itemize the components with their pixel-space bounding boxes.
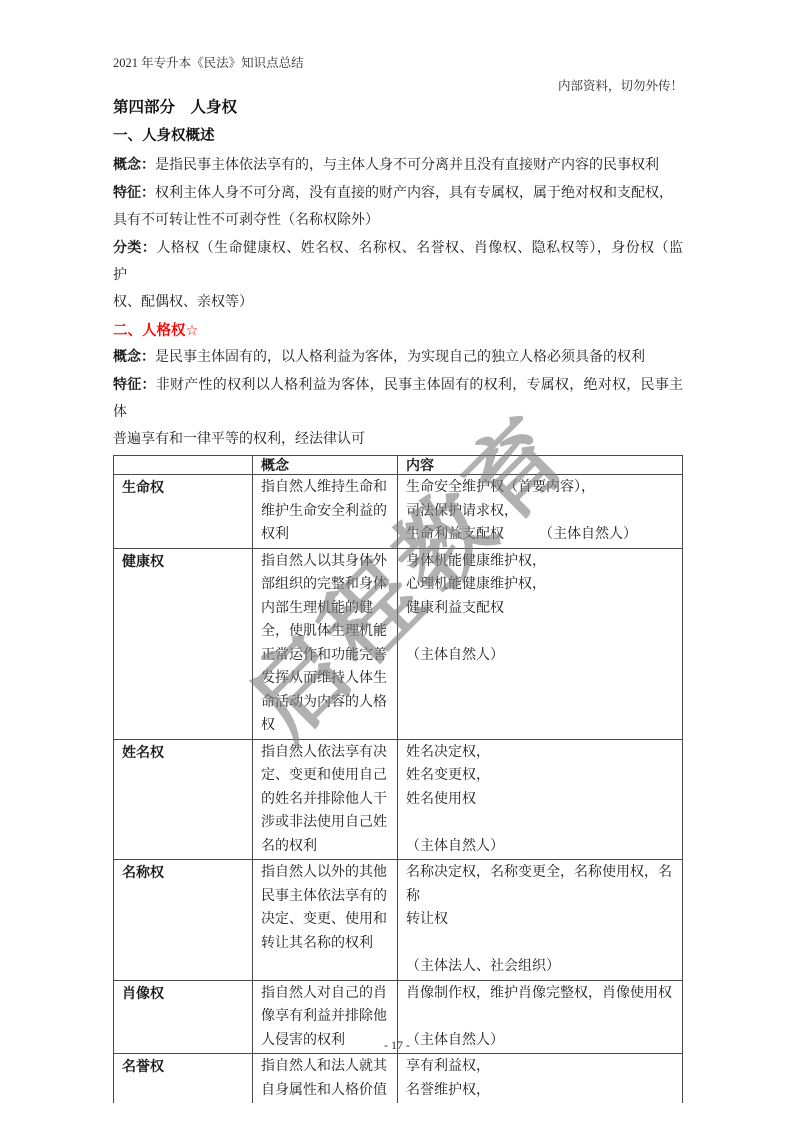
cell-content: 身体机能健康维护权， 心理机能健康维护权， 健康利益支配权 （主体自然人） [398,548,683,739]
paragraph-classification: 分类：人格权（生命健康权、姓名权、名称权、名誉权、肖像权、隐私权等），身份权（监… [113,234,683,316]
cell-content: 生命安全维护权（首要内容）， 司法保护请求权， 生命利益支配权 （主体自然人） [398,475,683,549]
header-cell-concept: 概念 [253,456,398,475]
paragraph-label: 特征： [113,376,156,392]
section1-paragraphs: 概念：是指民事主体依法享有的，与主体人身不可分离并且没有直接财产内容的民事权利 … [113,151,683,316]
cell-content: 名称决定权，名称变更全，名称使用权，名称 转让权 （主体法人、社会组织） [398,860,683,981]
table-row-reputation-right: 名誉权 指自然人和法人就其 自身属性和人格价值 享有利益权， 名誉维护权， [114,1054,683,1104]
table-row-health-right: 健康权 指自然人以其身体外 部组织的完整和身体 内部生理机能的健 全，使肌体生理… [114,548,683,739]
paragraph-label: 概念： [113,156,155,172]
paragraph-label: 分类： [113,239,156,255]
paragraph-label: 概念： [113,348,155,364]
confidential-notice: 内部资料，切勿外传！ [113,78,683,95]
document-page: { "colors": { "accent_red": "#ff0000", "… [0,0,794,1123]
page-content: 2021 年专升本《民法》知识点总结 内部资料，切勿外传！ 第四部分 人身权 一… [113,55,683,1103]
table-row-name-right: 姓名权 指自然人依法享有决 定、变更和使用自己 的姓名并排除他人干 涉或非法使用… [114,739,683,860]
cell-concept: 指自然人以外的其他 民事主体依法享有的 决定、变更、使用和 转让其名称的权利 [253,860,398,981]
paragraph-concept: 概念：是指民事主体依法享有的，与主体人身不可分离并且没有直接财产内容的民事权利 [113,151,683,179]
paragraph-features: 特征：非财产性的权利以人格利益为客体，民事主体固有的权利，专属权，绝对权，民事主… [113,371,683,453]
cell-term: 生命权 [114,475,253,549]
part-title: 第四部分 人身权 [113,97,683,118]
header-cell-empty [114,456,253,475]
cell-concept: 指自然人以其身体外 部组织的完整和身体 内部生理机能的健 全，使肌体生理机能 正… [253,548,398,739]
paragraph-text: 权利主体人身不可分离，没有直接的财产内容，具有专属权，属于绝对权和支配权， 具有… [113,186,673,228]
header-cell-content: 内容 [398,456,683,475]
document-title: 2021 年专升本《民法》知识点总结 [113,55,683,72]
cell-content: 姓名决定权， 姓名变更权， 姓名使用权 （主体自然人） [398,739,683,860]
table-row-life-right: 生命权 指自然人维持生命和 维护生命安全利益的 权利 生命安全维护权（首要内容）… [114,475,683,549]
page-number: - 17 - [0,1038,794,1053]
cell-content: 享有利益权， 名誉维护权， [398,1054,683,1104]
paragraph-features: 特征：权利主体人身不可分离，没有直接的财产内容，具有专属权，属于绝对权和支配权，… [113,179,683,234]
section2-paragraphs: 概念：是民事主体固有的，以人格利益为客体，为实现自己的独立人格必须具备的权利 特… [113,343,683,453]
table-row-entity-name-right: 名称权 指自然人以外的其他 民事主体依法享有的 决定、变更、使用和 转让其名称的… [114,860,683,981]
cell-concept: 指自然人和法人就其 自身属性和人格价值 [253,1054,398,1104]
paragraph-text: 是指民事主体依法享有的，与主体人身不可分离并且没有直接财产内容的民事权利 [155,158,659,173]
cell-term: 名称权 [114,860,253,981]
paragraph-label: 特征： [113,184,155,200]
section1-heading: 一、人身权概述 [113,126,683,146]
personality-rights-table: 概念 内容 生命权 指自然人维持生命和 维护生命安全利益的 权利 生命安全维护权… [113,455,683,1103]
paragraph-text: 是民事主体固有的，以人格利益为客体，为实现自己的独立人格必须具备的权利 [155,350,645,365]
paragraph-text: 非财产性的权利以人格利益为客体，民事主体固有的权利，专属权，绝对权，民事主 体 … [113,378,697,447]
table-header-row: 概念 内容 [114,456,683,475]
cell-concept: 指自然人依法享有决 定、变更和使用自己 的姓名并排除他人干 涉或非法使用自己姓 … [253,739,398,860]
cell-term: 健康权 [114,548,253,739]
cell-term: 姓名权 [114,739,253,860]
cell-concept: 指自然人维持生命和 维护生命安全利益的 权利 [253,475,398,549]
paragraph-text: 人格权（生命健康权、姓名权、名称权、名誉权、肖像权、隐私权等），身份权（监 护 … [113,241,697,310]
cell-term: 名誉权 [114,1054,253,1104]
section2-heading: 二、人格权☆ [113,321,683,341]
paragraph-concept: 概念：是民事主体固有的，以人格利益为客体，为实现自己的独立人格必须具备的权利 [113,343,683,371]
